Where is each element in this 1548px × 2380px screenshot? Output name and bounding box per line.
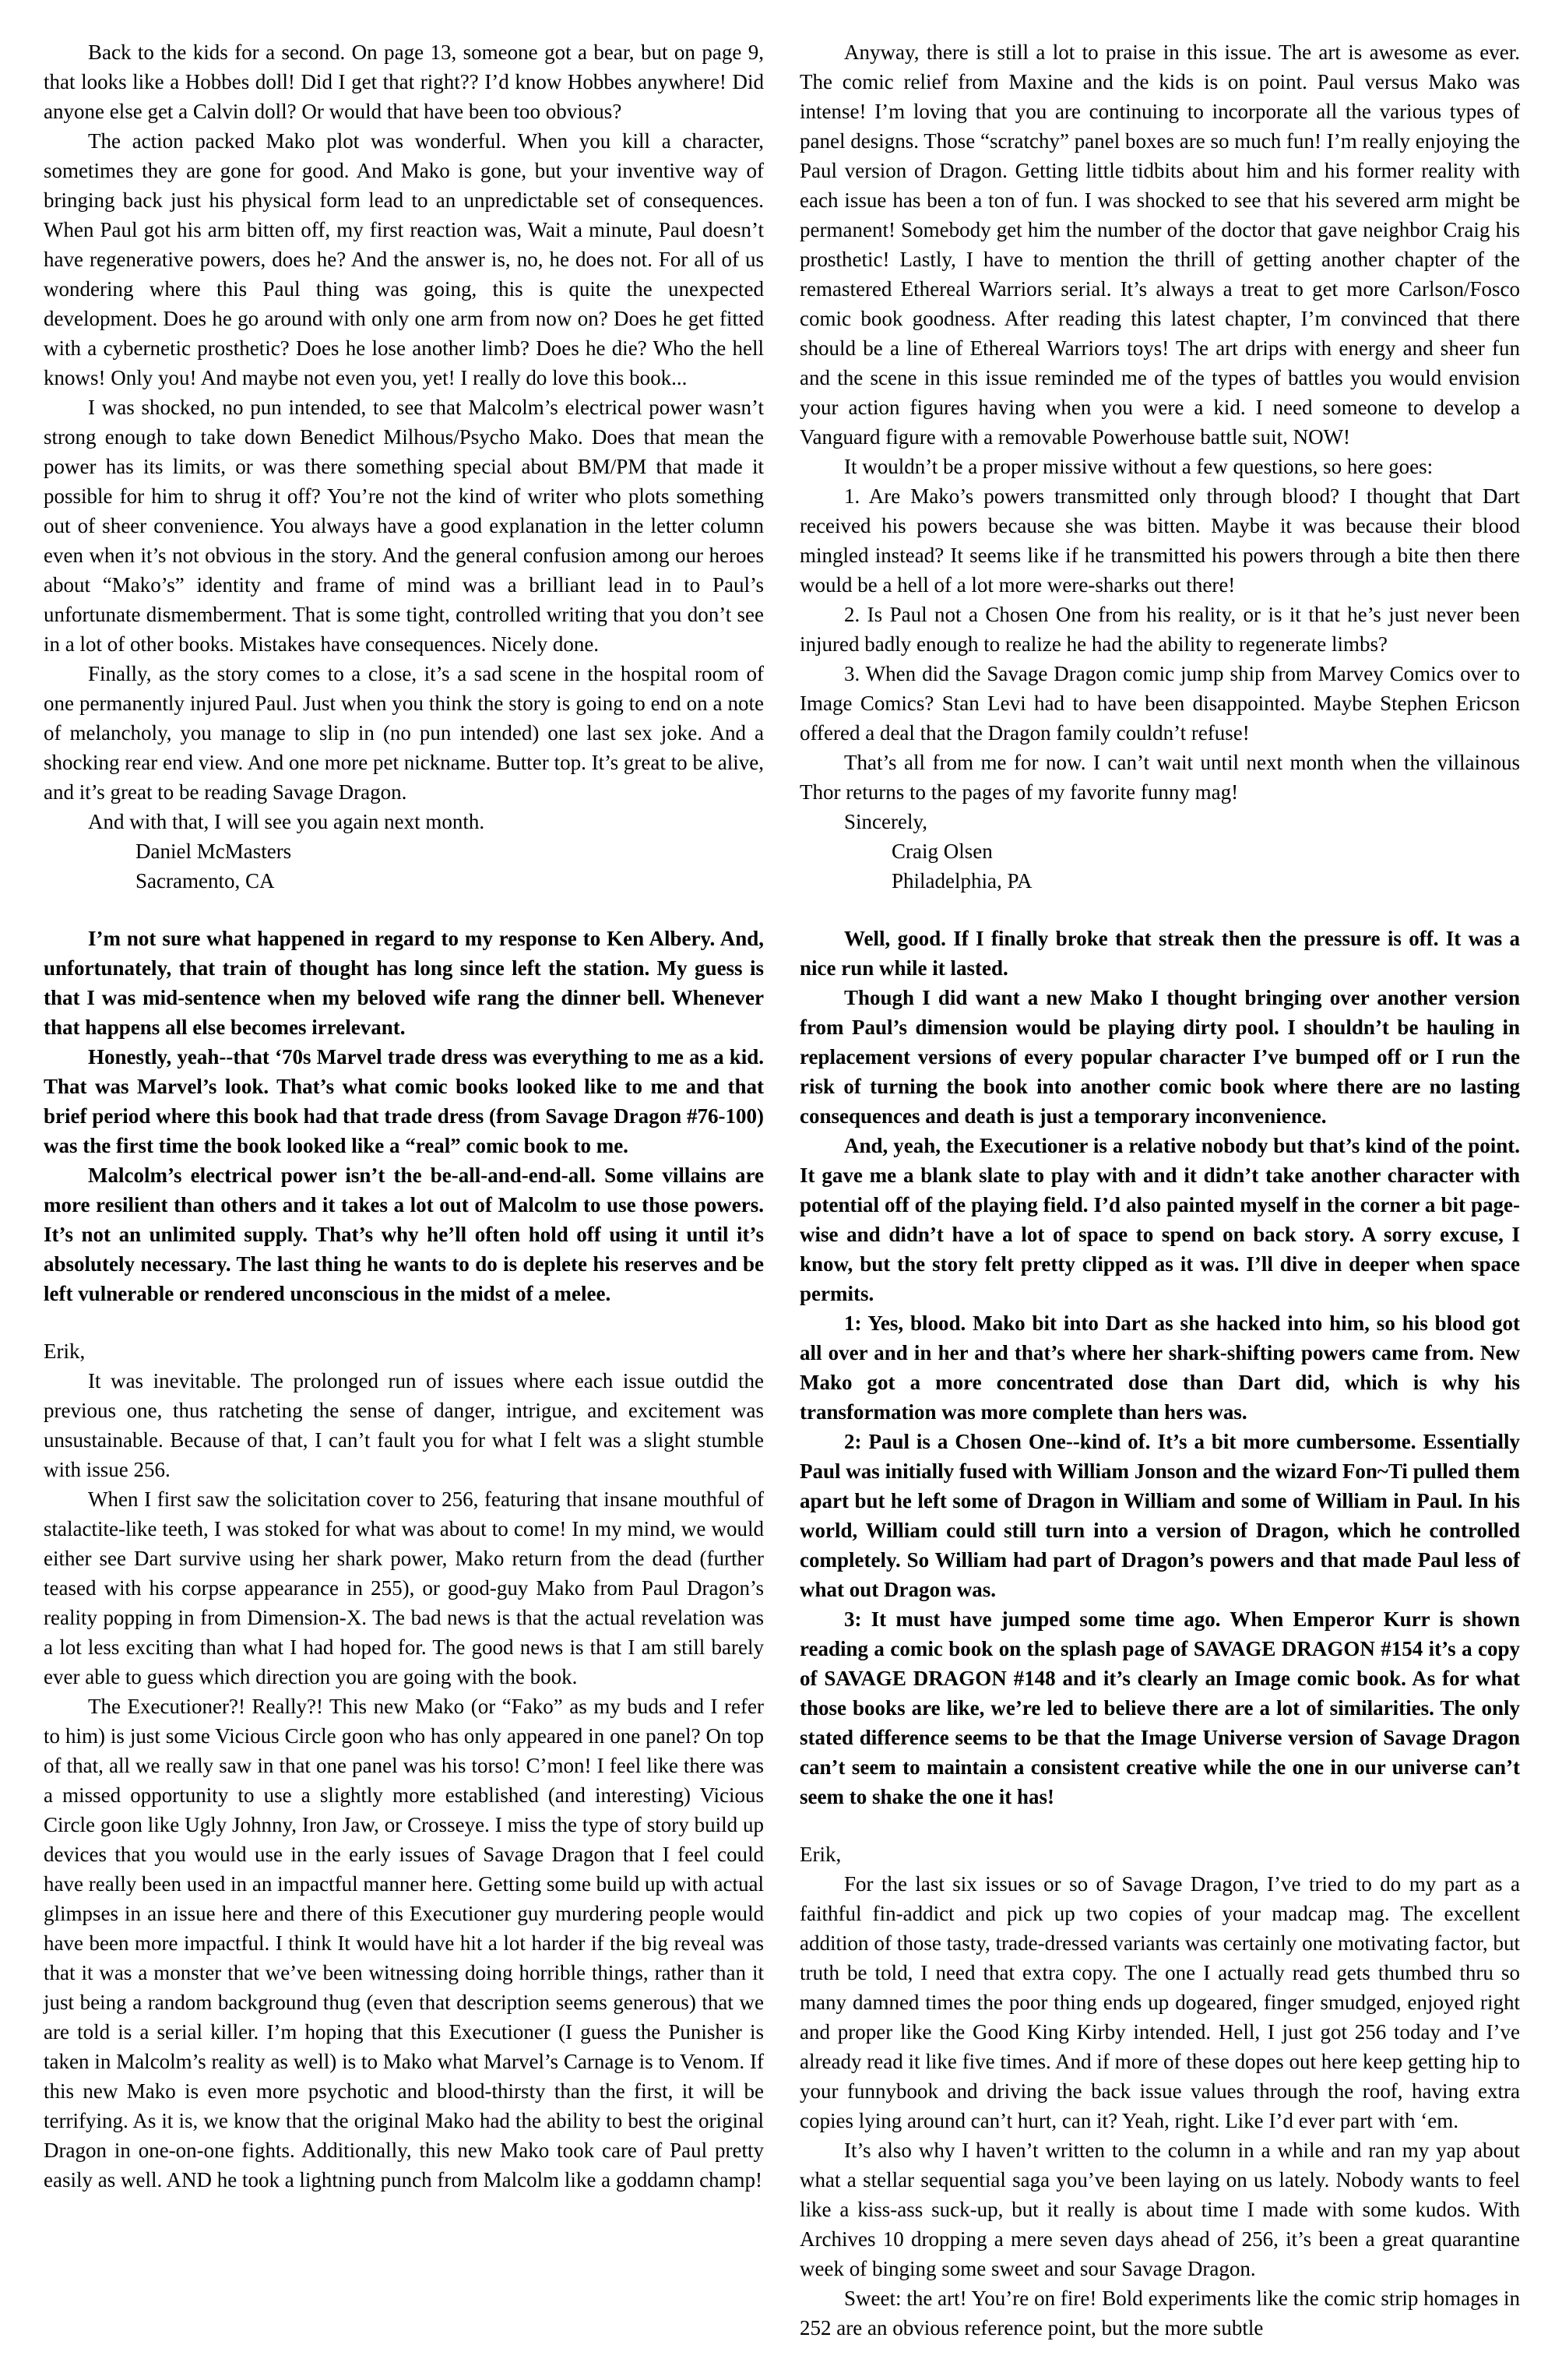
signature-line: Philadelphia, PA [892,866,1520,896]
letter-salutation: Erik, [800,1840,1520,1869]
signature-line: Daniel McMasters [135,836,764,866]
signature-line: Sacramento, CA [135,866,764,896]
letter-paragraph: Anyway, there is still a lot to praise i… [800,37,1520,452]
letter-paragraph: The action packed Mako plot was wonderfu… [44,126,764,393]
letter-paragraph: It was inevitable. The prolonged run of … [44,1366,764,1484]
letter-paragraph: Sweet: the art! You’re on fire! Bold exp… [800,2283,1520,2343]
editor-reply-paragraph: I’m not sure what happened in regard to … [44,924,764,1042]
letter-paragraph: 2. Is Paul not a Chosen One from his rea… [800,600,1520,659]
letter-paragraph: And with that, I will see you again next… [44,807,764,836]
editor-reply-paragraph: And, yeah, the Executioner is a relative… [800,1131,1520,1308]
letters-page: Back to the kids for a second. On page 1… [0,0,1548,2380]
signature-line: Craig Olsen [892,836,1520,866]
letter-paragraph: 1. Are Mako’s powers transmitted only th… [800,481,1520,600]
letter-paragraph: For the last six issues or so of Savage … [800,1869,1520,2135]
editor-reply-paragraph: 3: It must have jumped some time ago. Wh… [800,1604,1520,1811]
editor-reply-paragraph: Well, good. If I finally broke that stre… [800,924,1520,983]
right-column: Anyway, there is still a lot to praise i… [800,37,1520,2372]
letter-paragraph: It’s also why I haven’t written to the c… [800,2135,1520,2283]
letter-paragraph: Finally, as the story comes to a close, … [44,659,764,807]
editor-reply-paragraph: 2: Paul is a Chosen One--kind of. It’s a… [800,1427,1520,1604]
editor-reply-paragraph: Malcolm’s electrical power isn’t the be-… [44,1160,764,1308]
letter-paragraph: When I first saw the solicitation cover … [44,1484,764,1692]
letter-salutation: Erik, [44,1336,764,1366]
letter-paragraph: Back to the kids for a second. On page 1… [44,37,764,126]
letter-paragraph: Sincerely, [800,807,1520,836]
letter-paragraph: The Executioner?! Really?! This new Mako… [44,1692,764,2195]
editor-reply-paragraph: Honestly, yeah--that ‘70s Marvel trade d… [44,1042,764,1160]
letter-paragraph: It wouldn’t be a proper missive without … [800,452,1520,481]
editor-reply-paragraph: Though I did want a new Mako I thought b… [800,983,1520,1131]
letter-paragraph: I was shocked, no pun intended, to see t… [44,393,764,659]
letter-paragraph: That’s all from me for now. I can’t wait… [800,748,1520,807]
left-column: Back to the kids for a second. On page 1… [44,37,764,2372]
letter-paragraph: 3. When did the Savage Dragon comic jump… [800,659,1520,748]
editor-reply-paragraph: 1: Yes, blood. Mako bit into Dart as she… [800,1308,1520,1427]
